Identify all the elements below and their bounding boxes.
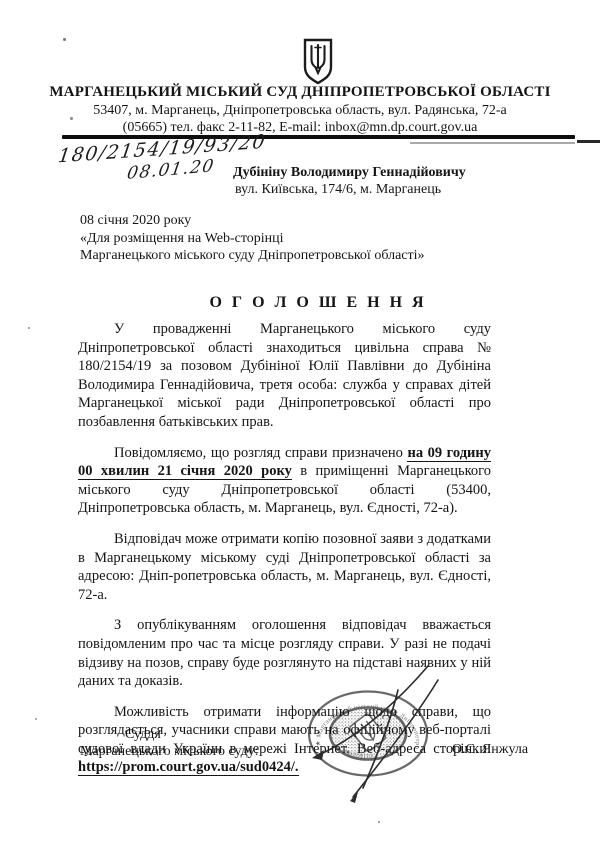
header-divider-shadow — [410, 142, 575, 144]
scan-speck — [63, 38, 66, 41]
court-contact-line: (05665) тел. факс 2-11-82, E-mail: inbox… — [0, 120, 600, 136]
page-title: О Г О Л О Ш Е Н Н Я — [18, 294, 600, 312]
judge-signature-strokes — [295, 648, 465, 818]
court-web-url: https://prom.court.gov.ua/sud0424/. — [78, 759, 299, 776]
scan-speck — [378, 821, 380, 823]
header-divider-rule — [62, 135, 575, 139]
purpose-line-2: Марганецького міського суду Дніпропетров… — [80, 247, 425, 265]
judge-name: О.С. Янжула — [452, 742, 528, 758]
scan-speck — [35, 718, 37, 720]
document-meta-block: 08 січня 2020 року «Для розміщення на We… — [80, 212, 425, 265]
addressee-name: Дубініну Володимиру Геннадійовичу — [233, 165, 466, 181]
paragraph-hearing: Повідомляємо, що розгляд справи призначе… — [78, 444, 491, 518]
paragraph-case-info: У провадженні Марганецького міського суд… — [78, 320, 491, 432]
scan-speck — [70, 117, 73, 120]
paragraph-copy-claim: Відповідач може отримати копію позовної … — [78, 530, 491, 604]
court-email: inbox@mn.dp.court.gov.ua — [325, 120, 478, 136]
scan-speck — [28, 327, 30, 329]
hearing-text-before: Повідомляємо, що розгляд справи призначе… — [114, 445, 407, 461]
court-address: 53407, м. Марганець, Дніпропетровська об… — [0, 103, 600, 119]
document-date: 08 січня 2020 року — [80, 212, 425, 230]
header-divider-edge-mark — [577, 140, 600, 143]
ukraine-trident-emblem-icon — [302, 38, 334, 85]
addressee-address: вул. Київська, 174/6, м. Марганець — [235, 182, 441, 198]
court-name: МАРГАНЕЦЬКИЙ МІСЬКИЙ СУД ДНІПРОПЕТРОВСЬК… — [0, 84, 600, 101]
purpose-line-1: «Для розміщення на Web-сторінці — [80, 230, 425, 248]
